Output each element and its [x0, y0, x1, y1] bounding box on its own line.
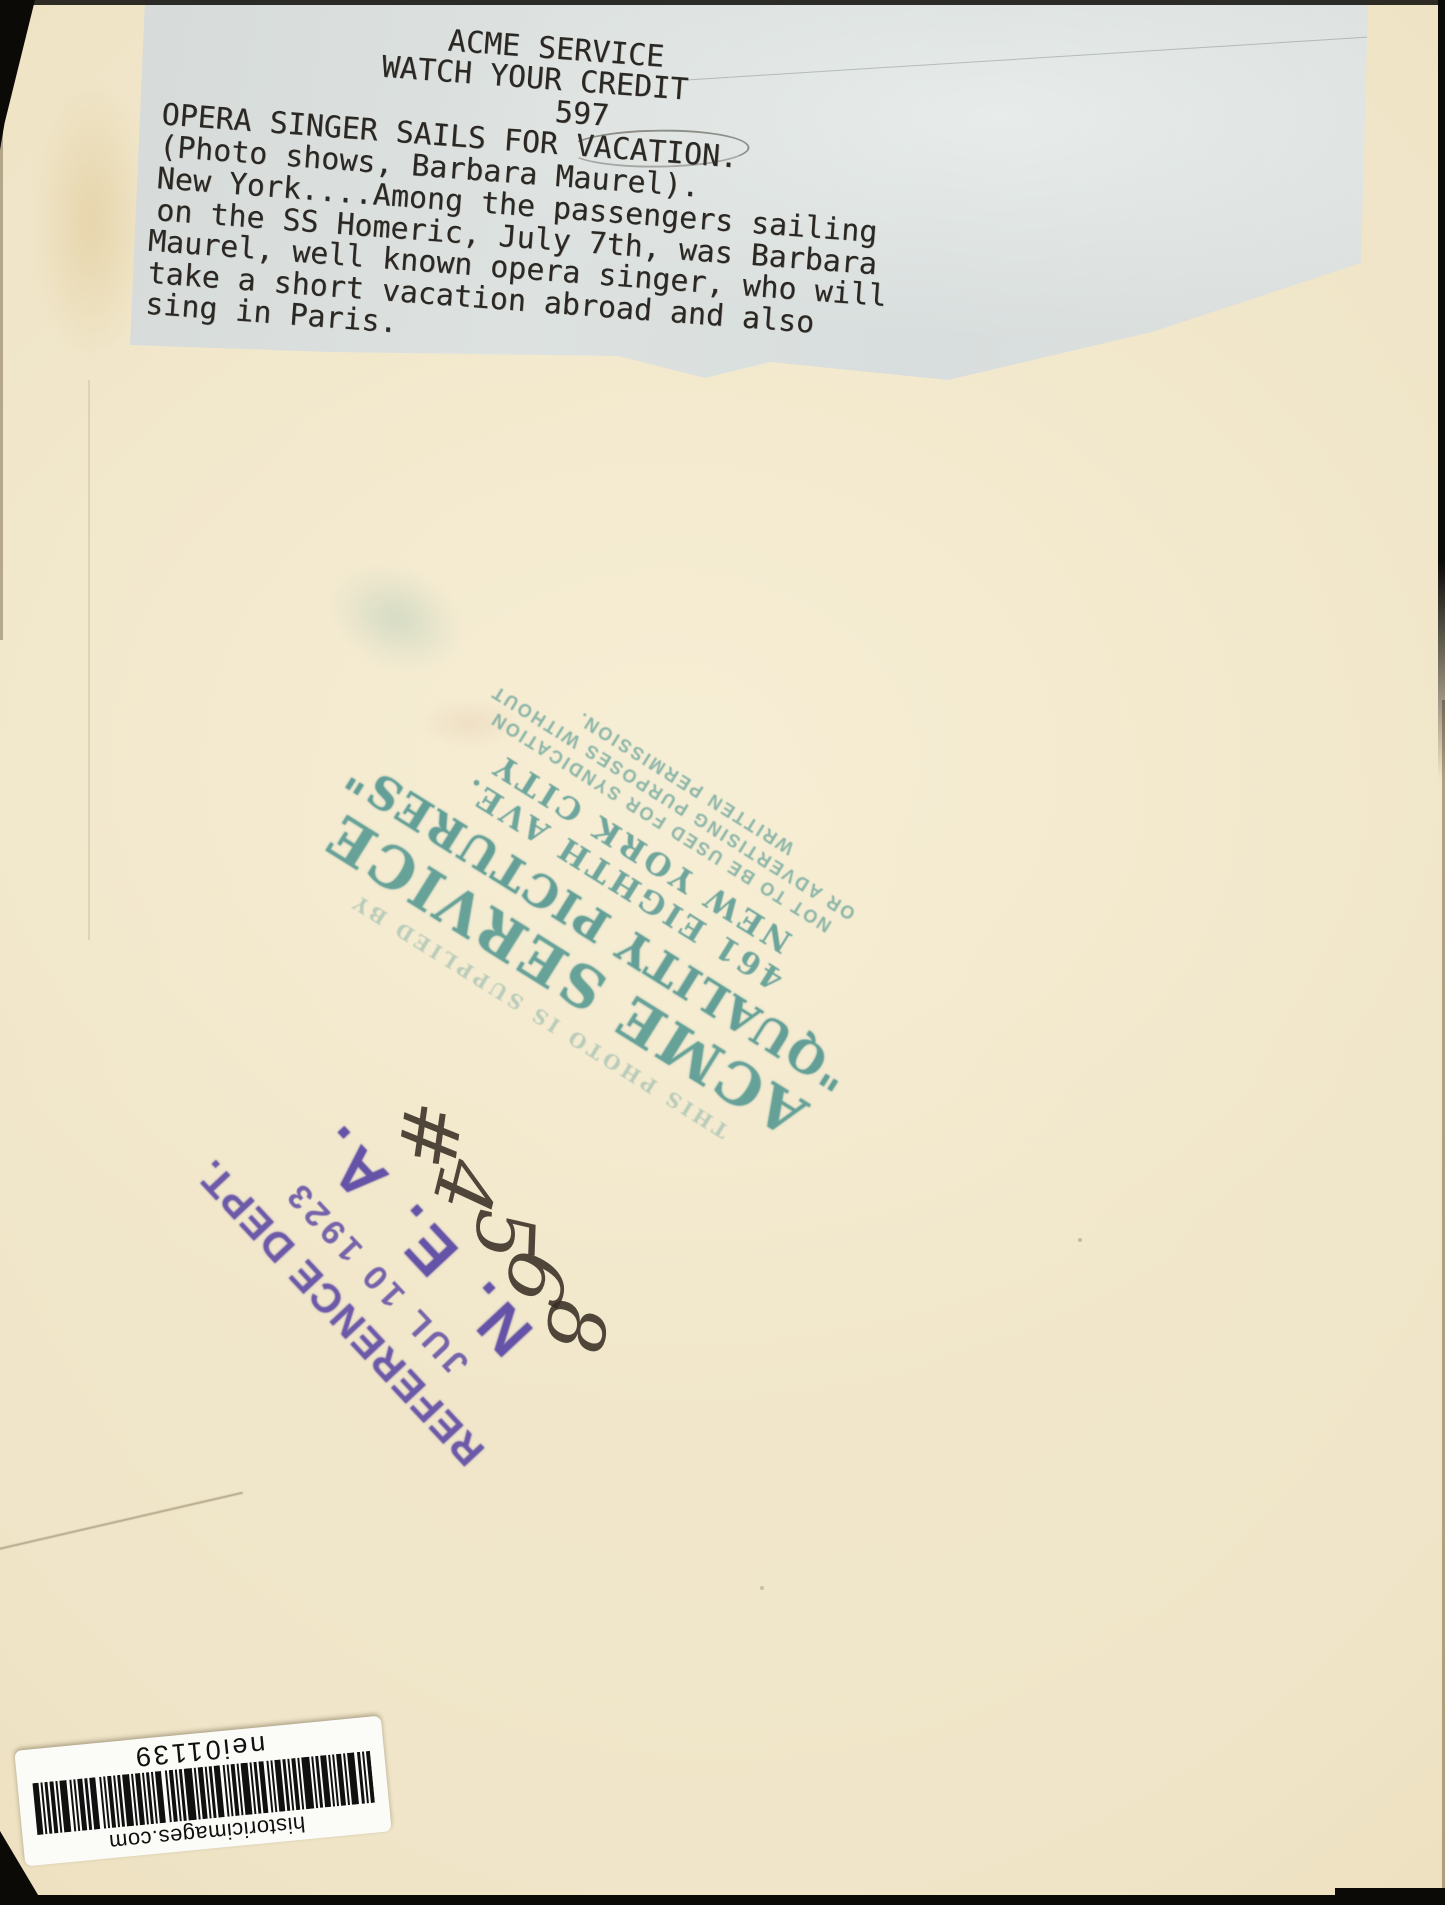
scan-corner-bottom-right — [1335, 1888, 1445, 1905]
photo-verso-scan: ACME SERVICE WATCH YOUR CREDIT 597 OPERA… — [0, 0, 1445, 1905]
handwritten-char: 8 — [525, 1293, 625, 1359]
typed-caption: ACME SERVICE WATCH YOUR CREDIT 597 OPERA… — [135, 4, 1169, 439]
barcode-sticker: historicimages.com — [14, 1716, 391, 1867]
scan-edge-right — [1438, 0, 1445, 780]
paper-speck — [1078, 1238, 1082, 1242]
scan-edge-top — [0, 0, 1445, 5]
paper-crease — [88, 380, 90, 940]
paper-crease — [0, 1492, 243, 1551]
caption-label: ACME SERVICE WATCH YOUR CREDIT 597 OPERA… — [100, 0, 1378, 392]
handwritten-number: # 4 5 6 8 — [445, 1080, 748, 1173]
scan-edge-bottom — [0, 1895, 1445, 1905]
scan-edge-left — [0, 120, 3, 640]
paper-speck — [760, 1586, 764, 1590]
scan-corner-top-left — [0, 0, 46, 150]
